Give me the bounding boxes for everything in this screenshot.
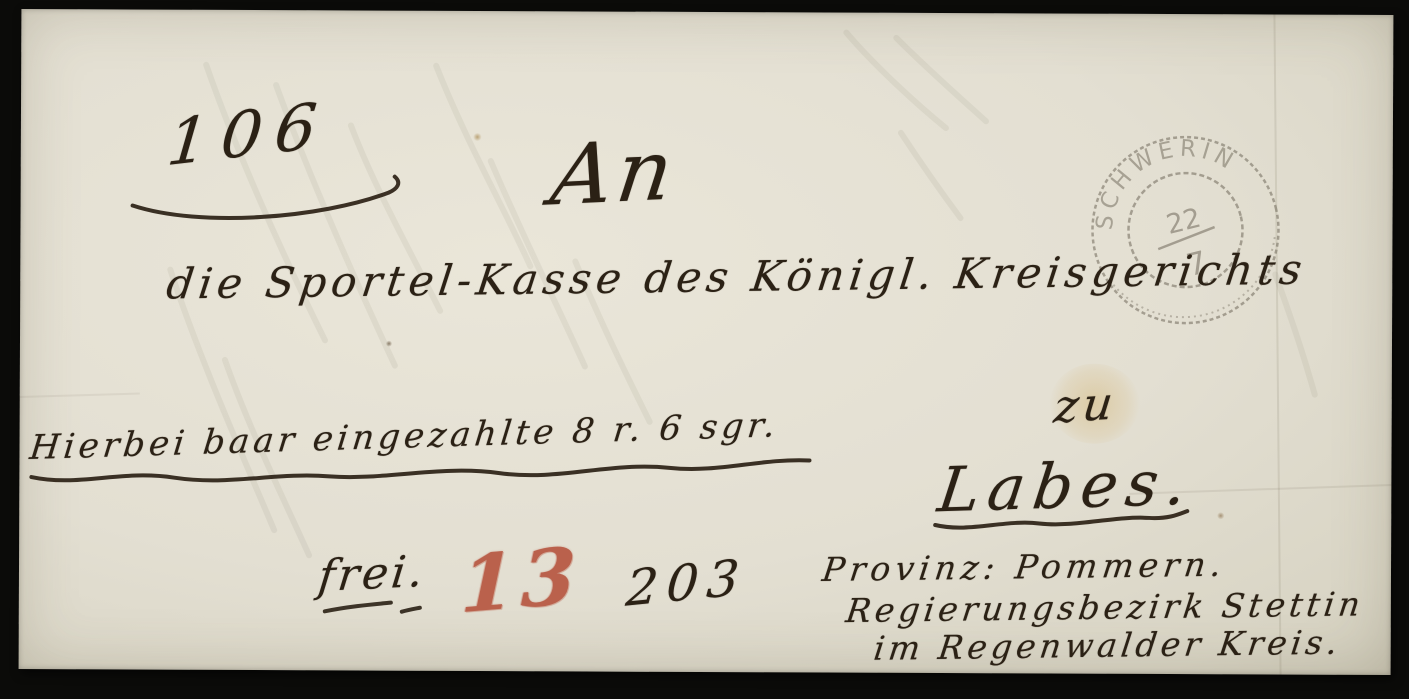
frei-note: frei.	[316, 546, 429, 602]
province-line-3: im Regenwalder Kreis.	[872, 623, 1344, 668]
salutation-an: An	[546, 121, 682, 225]
postmark-town-arc: SCHWERIN	[1075, 121, 1252, 237]
scan-background: SCHWERIN 22 7 106 An die Sportel-Kasse d…	[0, 0, 1409, 699]
zu-word: zu	[1051, 376, 1119, 434]
city-name: Labes.	[934, 446, 1199, 527]
province-line-1: Provinz: Pommern.	[820, 545, 1229, 589]
red-tax-number: 13	[460, 530, 583, 631]
frei-underline	[325, 602, 420, 611]
postmark-day: 22	[1163, 203, 1204, 241]
letter-cover-paper: SCHWERIN 22 7 106 An die Sportel-Kasse d…	[19, 9, 1394, 675]
postmark: SCHWERIN 22 7	[1073, 116, 1298, 342]
postmark-town: SCHWERIN	[1075, 121, 1252, 237]
